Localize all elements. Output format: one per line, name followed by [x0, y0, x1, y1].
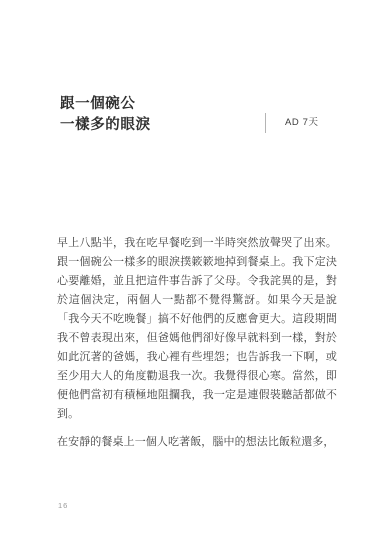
title-divider — [265, 113, 266, 133]
day-count-label: AD 7天 — [285, 117, 319, 129]
body-paragraph: 早上八點半，我在吃早餐吃到一半時突然放聲哭了出來。跟一個碗公一樣多的眼淚撲簌簌地… — [57, 234, 337, 424]
body-text-block: 早上八點半，我在吃早餐吃到一半時突然放聲哭了出來。跟一個碗公一樣多的眼淚撲簌簌地… — [57, 234, 337, 452]
chapter-title-line-2: 一樣多的眼淚 — [60, 117, 151, 133]
book-page: 跟一個碗公 一樣多的眼淚 AD 7天 早上八點半，我在吃早餐吃到一半時突然放聲哭… — [0, 0, 390, 550]
page-number: 16 — [58, 501, 68, 510]
chapter-title: 跟一個碗公 一樣多的眼淚 — [60, 94, 151, 136]
body-paragraph: 在安靜的餐桌上一個人吃著飯，腦中的想法比飯粒還多， — [57, 433, 337, 452]
chapter-title-line-1: 跟一個碗公 — [60, 96, 136, 112]
